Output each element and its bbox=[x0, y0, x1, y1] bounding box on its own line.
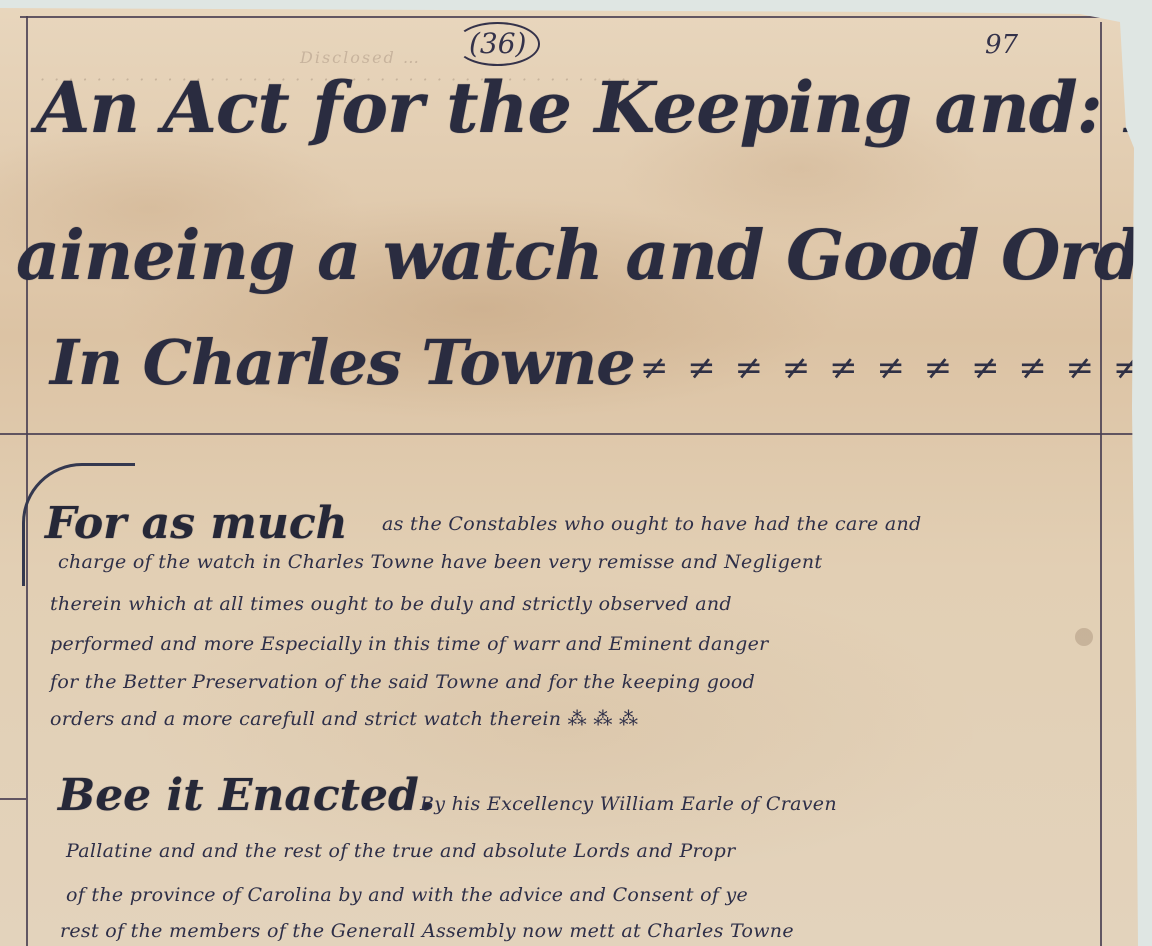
preamble-line: therein which at all times ought to be d… bbox=[50, 593, 732, 615]
page-number-circled: (36) bbox=[455, 22, 540, 66]
preamble-lead-word: For as much bbox=[45, 498, 348, 549]
bleedthrough-text: Disclosed … bbox=[300, 48, 421, 67]
right-margin-rule bbox=[1100, 22, 1102, 946]
title-line-filler-flourish: ≠ ≠ ≠ ≠ ≠ ≠ ≠ ≠ ≠ ≠ ≠ ≠ bbox=[640, 348, 1152, 388]
preamble-line: for the Better Preservation of the said … bbox=[50, 671, 755, 693]
preamble-line: charge of the watch in Charles Towne hav… bbox=[58, 551, 822, 573]
enactment-lead-word: Bee it Enacted. bbox=[58, 770, 434, 821]
left-margin-rule bbox=[26, 16, 28, 946]
title-divider-rule bbox=[0, 433, 1136, 435]
page-number-corner: 97 bbox=[985, 30, 1018, 60]
manuscript-page: Disclosed … · · · · · · · · · · · · · · … bbox=[0, 8, 1138, 946]
preamble-line: orders and a more carefull and strict wa… bbox=[50, 708, 638, 730]
enactment-line: By his Excellency William Earle of Crave… bbox=[420, 793, 837, 815]
title-line-3: In Charles Towne bbox=[50, 326, 635, 399]
enactment-line: of the province of Carolina by and with … bbox=[66, 884, 748, 906]
title-line-2: aineing a watch and Good Orders bbox=[16, 216, 1152, 296]
preamble-line: performed and more Especially in this ti… bbox=[50, 633, 769, 655]
ink-stain bbox=[1075, 628, 1093, 646]
left-tick-rule bbox=[0, 798, 26, 800]
top-border-rule bbox=[20, 16, 1100, 18]
title-line-1: An Act for the Keeping and: Main- bbox=[36, 66, 1152, 149]
enactment-line: rest of the members of the Generall Asse… bbox=[60, 920, 794, 942]
preamble-line: as the Constables who ought to have had … bbox=[382, 513, 921, 535]
enactment-line: Pallatine and and the rest of the true a… bbox=[66, 840, 736, 862]
